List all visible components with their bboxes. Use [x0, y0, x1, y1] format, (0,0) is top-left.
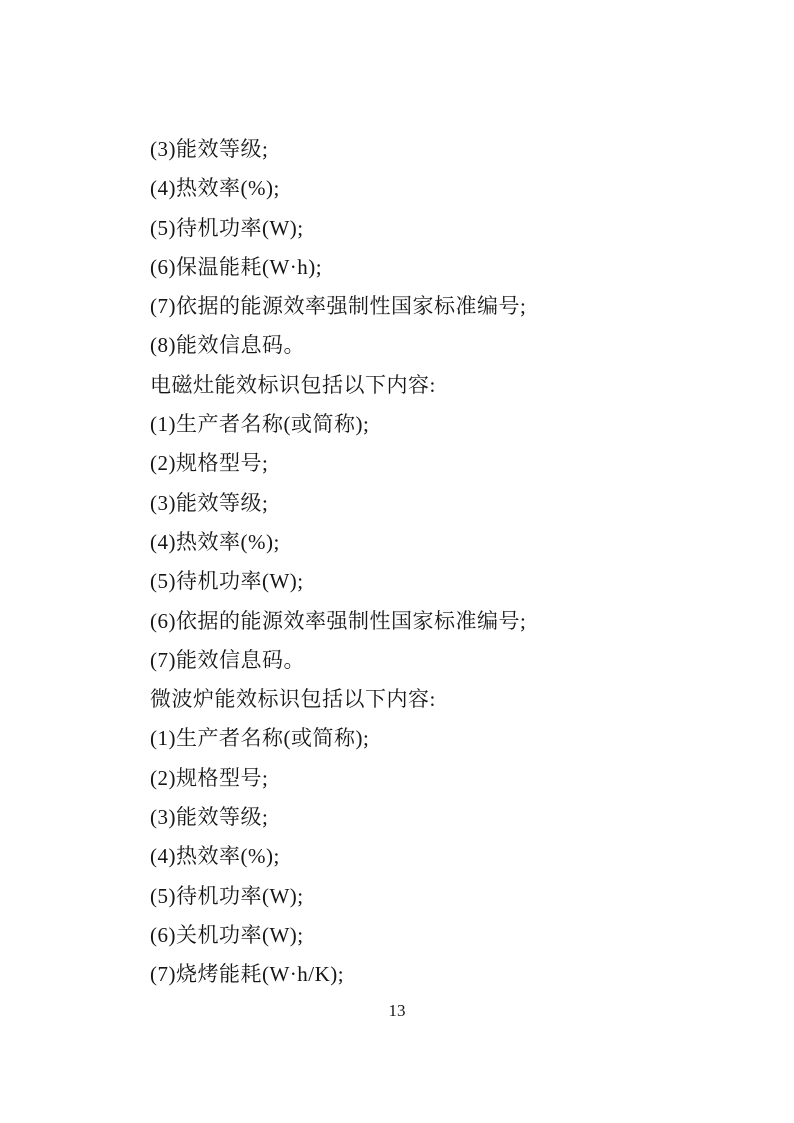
list-item: (1)生产者名称(或简称);: [150, 405, 704, 444]
list-item: (2)规格型号;: [150, 759, 704, 798]
list-item: (3)能效等级;: [150, 798, 704, 837]
list-item: (3)能效等级;: [150, 130, 704, 169]
list-item: (5)待机功率(W);: [150, 877, 704, 916]
section-header: 电磁灶能效标识包括以下内容:: [150, 366, 704, 405]
list-item: (3)能效等级;: [150, 484, 704, 523]
list-item: (6)关机功率(W);: [150, 916, 704, 955]
document-body: (3)能效等级; (4)热效率(%); (5)待机功率(W); (6)保温能耗(…: [150, 130, 704, 995]
list-item: (7)烧烤能耗(W·h/K);: [150, 955, 704, 994]
list-item: (8)能效信息码。: [150, 326, 704, 365]
list-item: (4)热效率(%);: [150, 837, 704, 876]
list-item: (5)待机功率(W);: [150, 562, 704, 601]
list-item: (7)依据的能源效率强制性国家标准编号;: [150, 287, 704, 326]
list-item: (6)依据的能源效率强制性国家标准编号;: [150, 602, 704, 641]
list-item: (6)保温能耗(W·h);: [150, 248, 704, 287]
list-item: (5)待机功率(W);: [150, 209, 704, 248]
document-page: (3)能效等级; (4)热效率(%); (5)待机功率(W); (6)保温能耗(…: [0, 0, 794, 1123]
list-item: (4)热效率(%);: [150, 523, 704, 562]
list-item: (4)热效率(%);: [150, 169, 704, 208]
section-header: 微波炉能效标识包括以下内容:: [150, 680, 704, 719]
list-item: (7)能效信息码。: [150, 641, 704, 680]
list-item: (1)生产者名称(或简称);: [150, 719, 704, 758]
list-item: (2)规格型号;: [150, 444, 704, 483]
page-number: 13: [0, 1001, 794, 1021]
